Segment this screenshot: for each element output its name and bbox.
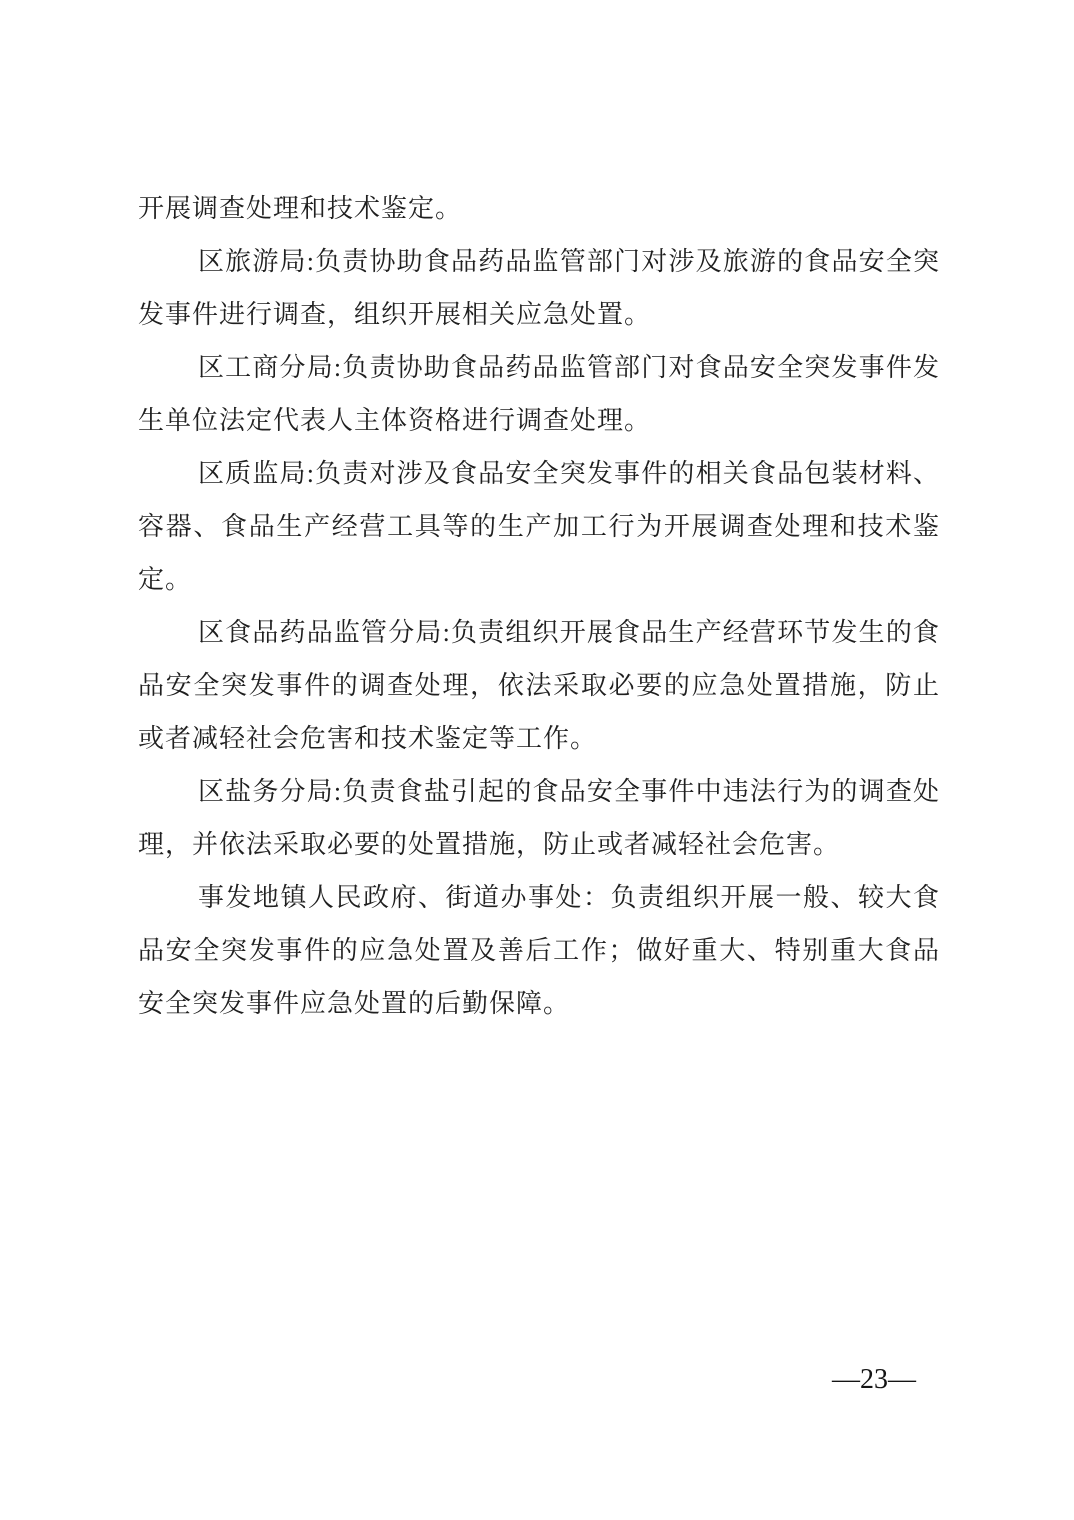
paragraph-salt-affairs-branch: 区盐务分局:负责食盐引起的食品安全事件中违法行为的调查处理，并依法采取必要的处置…	[138, 765, 940, 871]
paragraph-food-drug-administration-branch: 区食品药品监管分局:负责组织开展食品生产经营环节发生的食品安全突发事件的调查处理…	[138, 606, 940, 765]
document-body: 开展调查处理和技术鉴定。 区旅游局:负责协助食品药品监管部门对涉及旅游的食品安全…	[138, 182, 940, 1030]
paragraph-industry-commerce-branch: 区工商分局:负责协助食品药品监管部门对食品安全突发事件发生单位法定代表人主体资格…	[138, 341, 940, 447]
paragraph-tourism-bureau: 区旅游局:负责协助食品药品监管部门对涉及旅游的食品安全突发事件进行调查，组织开展…	[138, 235, 940, 341]
page-number: —23—	[832, 1363, 916, 1397]
paragraph-continuation: 开展调查处理和技术鉴定。	[138, 182, 940, 235]
document-page: 开展调查处理和技术鉴定。 区旅游局:负责协助食品药品监管部门对涉及旅游的食品安全…	[0, 0, 1074, 1520]
paragraph-quality-supervision-bureau: 区质监局:负责对涉及食品安全突发事件的相关食品包装材料、容器、食品生产经营工具等…	[138, 447, 940, 606]
paragraph-local-government: 事发地镇人民政府、街道办事处：负责组织开展一般、较大食品安全突发事件的应急处置及…	[138, 871, 940, 1030]
